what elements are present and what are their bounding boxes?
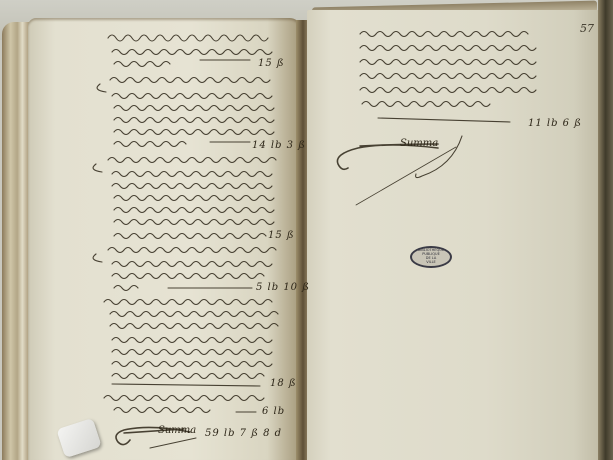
handwriting-strokes: [0, 0, 613, 460]
entry-amount: 15 ß: [258, 58, 285, 69]
summa-value: 59 lb 7 ß 8 d: [205, 428, 282, 439]
library-stamp: BIBLIOTHEQUE PUBLIQUE DE LA VILLE: [410, 246, 452, 268]
entry-amount: 14 lb 3 ß: [252, 140, 306, 151]
entry-amount: 18 ß: [270, 378, 297, 389]
summa-label: Summa: [158, 425, 196, 436]
open-manuscript-book: 57 15 ß 14 lb 3 ß 15 ß 5 lb 10 ß 18 ß 6 …: [0, 0, 613, 460]
entry-amount: 6 lb: [262, 406, 285, 417]
folio-number: 57: [580, 22, 594, 35]
entry-amount: 15 ß: [268, 230, 295, 241]
entry-amount: 11 lb 6 ß: [528, 118, 582, 129]
summa-label: Summa: [400, 138, 438, 149]
entry-amount: 5 lb 10 ß: [256, 282, 310, 293]
